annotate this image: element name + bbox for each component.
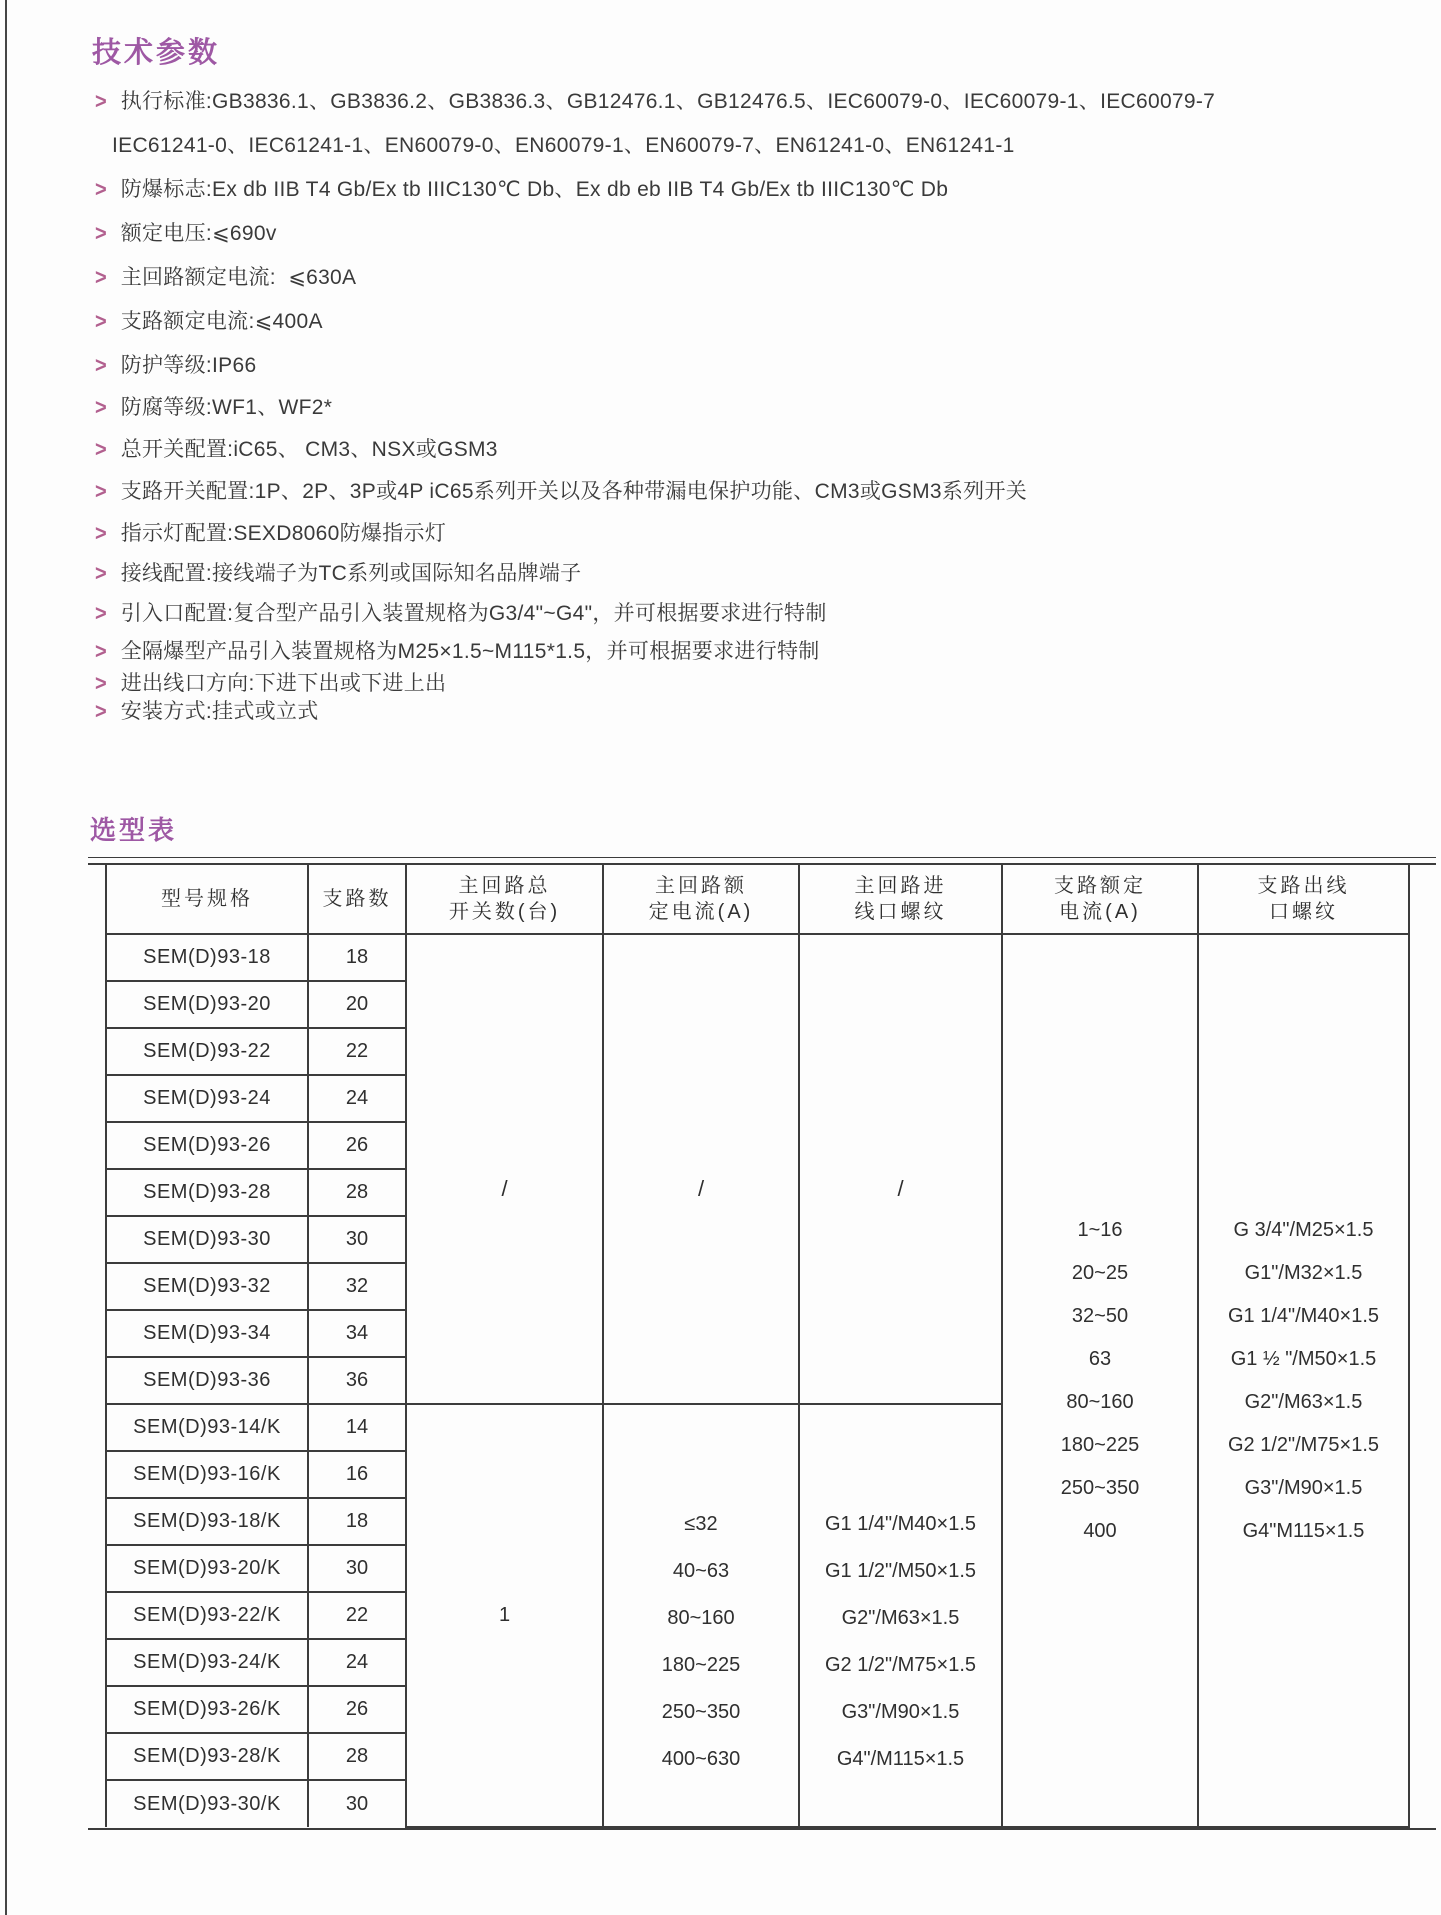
tech-param-line: >防爆标志:Ex db IIB T4 Gb/Ex tb IIIC130℃ Db、…	[95, 176, 948, 204]
model-cell: SEM(D)93-16/K	[106, 1451, 308, 1498]
list-arrow-icon: >	[95, 393, 107, 424]
branch-count-cell: 24	[308, 1639, 406, 1686]
branch-count-cell: 14	[308, 1404, 406, 1451]
tech-param-line: >主回路额定电流: ⩽630A	[95, 264, 356, 292]
column-header-branch-current: 支路额定 电流(A)	[1002, 865, 1198, 934]
param-text: 安装方式:挂式或立式	[121, 698, 319, 726]
branch-count-cell: 22	[308, 1592, 406, 1639]
branch-count-cell: 20	[308, 981, 406, 1028]
selection-table-wrap: 型号规格 支路数 主回路总 开关数(台) 主回路额 定电流(A) 主回路进 线口…	[88, 857, 1436, 1830]
param-text: 支路开关配置:1P、2P、3P或4P iC65系列开关以及各种带漏电保护功能、C…	[121, 478, 1027, 506]
model-cell: SEM(D)93-28	[106, 1169, 308, 1216]
model-cell: SEM(D)93-36	[106, 1357, 308, 1404]
branch-count-cell: 28	[308, 1169, 406, 1216]
model-cell: SEM(D)93-26/K	[106, 1686, 308, 1733]
model-cell: SEM(D)93-20/K	[106, 1545, 308, 1592]
tech-param-line: >支路开关配置:1P、2P、3P或4P iC65系列开关以及各种带漏电保护功能、…	[95, 478, 1027, 506]
tech-param-line: >支路额定电流:⩽400A	[95, 308, 323, 336]
page-edge-scan-line	[5, 0, 7, 1915]
param-text: 全隔爆型产品引入装置规格为M25×1.5~M115*1.5，并可根据要求进行特制	[121, 638, 820, 666]
list-arrow-icon: >	[95, 219, 107, 250]
list-arrow-icon: >	[95, 351, 107, 382]
list-arrow-icon: >	[95, 637, 107, 668]
branch-count-cell: 16	[308, 1451, 406, 1498]
column-header-main-inlet-thread: 主回路进 线口螺纹	[799, 865, 1002, 934]
list-arrow-icon: >	[95, 87, 107, 118]
column-header-branch-outlet-thread: 支路出线 口螺纹	[1198, 865, 1409, 934]
list-arrow-icon: >	[95, 263, 107, 294]
column-header-main-switch: 主回路总 开关数(台)	[406, 865, 603, 934]
list-arrow-icon: >	[95, 175, 107, 206]
column-header-model: 型号规格	[106, 865, 308, 934]
param-text: 总开关配置:iC65、 CM3、NSX或GSM3	[121, 436, 498, 464]
tech-param-line: IEC61241-0、IEC61241-1、EN60079-0、EN60079-…	[95, 132, 1015, 160]
tech-param-line: >防护等级:IP66	[95, 352, 256, 380]
model-cell: SEM(D)93-22/K	[106, 1592, 308, 1639]
model-cell: SEM(D)93-18	[106, 934, 308, 981]
selection-table: 型号规格 支路数 主回路总 开关数(台) 主回路额 定电流(A) 主回路进 线口…	[105, 865, 1410, 1828]
param-text: 防爆标志:Ex db IIB T4 Gb/Ex tb IIIC130℃ Db、E…	[121, 176, 949, 204]
table-row: SEM(D)93-18 18 / / / 1~16 20~25 32~50 63…	[106, 934, 1409, 981]
branch-count-cell: 32	[308, 1263, 406, 1310]
tech-param-line: >全隔爆型产品引入装置规格为M25×1.5~M115*1.5，并可根据要求进行特…	[95, 638, 820, 666]
param-text: 引入口配置:复合型产品引入装置规格为G3/4"~G4"，并可根据要求进行特制	[121, 600, 827, 628]
branch-count-cell: 30	[308, 1216, 406, 1263]
param-text: 支路额定电流:⩽400A	[121, 308, 323, 336]
list-arrow-icon: >	[95, 307, 107, 338]
column-header-main-current: 主回路额 定电流(A)	[603, 865, 799, 934]
model-cell: SEM(D)93-18/K	[106, 1498, 308, 1545]
model-cell: SEM(D)93-32	[106, 1263, 308, 1310]
tech-param-line: >总开关配置:iC65、 CM3、NSX或GSM3	[95, 436, 498, 464]
model-cell: SEM(D)93-20	[106, 981, 308, 1028]
param-text: 接线配置:接线端子为TC系列或国际知名品牌端子	[121, 560, 582, 588]
selection-table-heading: 选型表	[90, 810, 177, 847]
branch-count-cell: 30	[308, 1780, 406, 1827]
model-cell: SEM(D)93-30	[106, 1216, 308, 1263]
tech-param-line: >进出线口方向:下进下出或下进上出	[95, 670, 446, 698]
param-text: 进出线口方向:下进下出或下进上出	[121, 670, 447, 698]
list-arrow-icon: >	[95, 519, 107, 550]
tech-param-line: >安装方式:挂式或立式	[95, 698, 319, 726]
param-text: 主回路额定电流: ⩽630A	[121, 264, 357, 292]
model-cell: SEM(D)93-24/K	[106, 1639, 308, 1686]
param-text: 防腐等级:WF1、WF2*	[121, 394, 333, 422]
model-cell: SEM(D)93-30/K	[106, 1780, 308, 1827]
list-arrow-icon: >	[95, 599, 107, 630]
branch-count-cell: 24	[308, 1075, 406, 1122]
model-cell: SEM(D)93-28/K	[106, 1733, 308, 1780]
main-switch-merged-cell: /	[406, 934, 603, 1404]
branch-count-cell: 36	[308, 1357, 406, 1404]
param-text: 防护等级:IP66	[121, 352, 257, 380]
model-cell: SEM(D)93-26	[106, 1122, 308, 1169]
branch-count-cell: 18	[308, 1498, 406, 1545]
list-arrow-icon: >	[95, 477, 107, 508]
branch-count-cell: 26	[308, 1122, 406, 1169]
branch-count-cell: 26	[308, 1686, 406, 1733]
column-header-branch-count: 支路数	[308, 865, 406, 934]
main-current-k-merged-cell: ≤32 40~63 80~160 180~225 250~350 400~630	[603, 1404, 799, 1827]
model-cell: SEM(D)93-14/K	[106, 1404, 308, 1451]
main-switch-k-merged-cell: 1	[406, 1404, 603, 1827]
tech-param-line: >接线配置:接线端子为TC系列或国际知名品牌端子	[95, 560, 581, 588]
tech-param-line: >额定电压:⩽690v	[95, 220, 277, 248]
branch-current-merged-cell: 1~16 20~25 32~50 63 80~160 180~225 250~3…	[1002, 934, 1198, 1827]
branch-outlet-merged-cell: G 3/4"/M25×1.5 G1"/M32×1.5 G1 1/4"/M40×1…	[1198, 934, 1409, 1827]
main-inlet-k-merged-cell: G1 1/4"/M40×1.5 G1 1/2"/M50×1.5 G2"/M63×…	[799, 1404, 1002, 1827]
tech-param-line: >指示灯配置:SEXD8060防爆指示灯	[95, 520, 446, 548]
branch-count-cell: 30	[308, 1545, 406, 1592]
branch-count-cell: 34	[308, 1310, 406, 1357]
tech-params-heading: 技术参数	[92, 30, 220, 71]
model-cell: SEM(D)93-22	[106, 1028, 308, 1075]
main-inlet-merged-cell: /	[799, 934, 1002, 1404]
tech-param-line: >防腐等级:WF1、WF2*	[95, 394, 332, 422]
param-text: 指示灯配置:SEXD8060防爆指示灯	[121, 520, 446, 548]
model-cell: SEM(D)93-34	[106, 1310, 308, 1357]
branch-count-cell: 22	[308, 1028, 406, 1075]
list-arrow-icon: >	[95, 697, 107, 728]
list-arrow-icon: >	[95, 669, 107, 700]
param-text: 额定电压:⩽690v	[121, 220, 277, 248]
model-cell: SEM(D)93-24	[106, 1075, 308, 1122]
param-text: IEC61241-0、IEC61241-1、EN60079-0、EN60079-…	[112, 132, 1015, 160]
branch-count-cell: 28	[308, 1733, 406, 1780]
main-current-merged-cell: /	[603, 934, 799, 1404]
tech-param-line: >引入口配置:复合型产品引入装置规格为G3/4"~G4"，并可根据要求进行特制	[95, 600, 827, 628]
list-arrow-icon: >	[95, 435, 107, 466]
header-row: 型号规格 支路数 主回路总 开关数(台) 主回路额 定电流(A) 主回路进 线口…	[106, 865, 1409, 934]
list-arrow-icon: >	[95, 559, 107, 590]
param-text: 执行标准:GB3836.1、GB3836.2、GB3836.3、GB12476.…	[121, 88, 1215, 116]
branch-count-cell: 18	[308, 934, 406, 981]
tech-param-line: >执行标准:GB3836.1、GB3836.2、GB3836.3、GB12476…	[95, 88, 1215, 116]
